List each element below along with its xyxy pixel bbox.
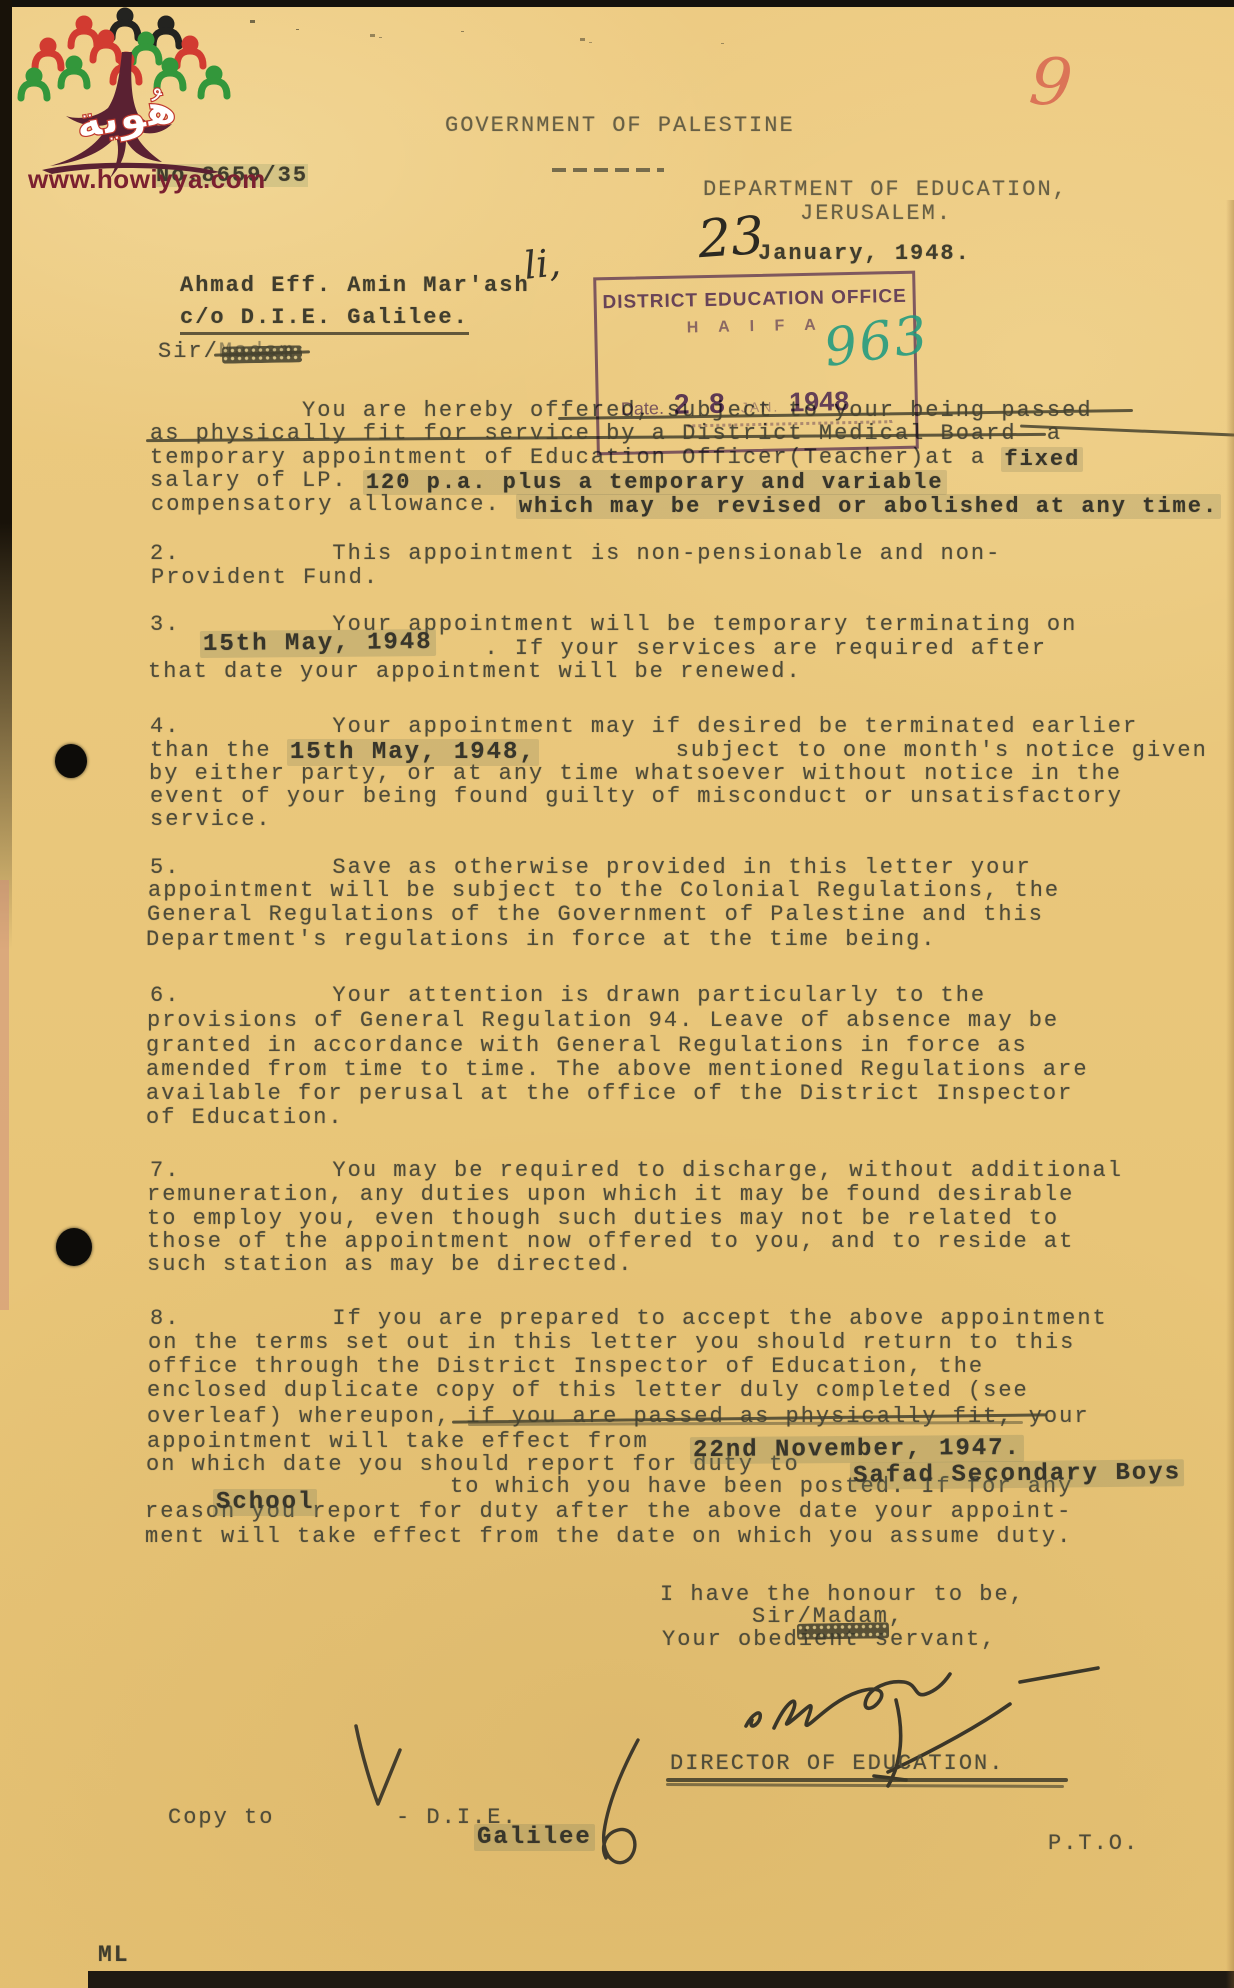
hole-punch [55, 744, 87, 778]
p6-line2: provisions of General Regulation 94. Lea… [147, 1009, 1059, 1032]
scan-edge-bottom [88, 1971, 1234, 1988]
p4-l2-text: than the [150, 738, 287, 763]
stamp-office-line: DISTRICT EDUCATION OFFICE [596, 286, 912, 315]
p4-line5: service. [150, 808, 272, 831]
howiyya-logo: هُوية [22, 0, 237, 180]
p5-line1: 5. Save as otherwise provided in this le… [150, 856, 1032, 879]
pto-note: P.T.O. [1048, 1832, 1139, 1855]
p4-line1: 4. Your appointment may if desired be te… [150, 715, 1138, 738]
p4-l2-text2: subject to one month's notice given [539, 738, 1208, 763]
stamp-date-year: 1948 [789, 386, 850, 418]
p8-school-insert-2: School [213, 1489, 317, 1516]
p8-l5-text: overleaf) whereupon, [147, 1404, 466, 1429]
p8-school-insert-1: Safad Secondary Boys [850, 1459, 1184, 1489]
p6-line3: granted in accordance with General Regul… [146, 1034, 1028, 1057]
page-number-annotation: 9 [1026, 42, 1076, 123]
p7-line2: remuneration, any duties upon which it m… [147, 1183, 1074, 1206]
stamp-date-label: Date. [621, 398, 664, 420]
closing-line1: I have the honour to be, [660, 1583, 1025, 1606]
p6-line6: of Education. [146, 1106, 344, 1129]
p6-line4: amended from time to time. The above men… [146, 1058, 1089, 1081]
p1-l4-text: salary of LP. [150, 468, 363, 493]
initials: ML [98, 1944, 130, 1967]
p8-line6: appointment will take effect from [147, 1430, 649, 1453]
p2-line1: 2. This appointment is non-pensionable a… [150, 542, 1001, 565]
howiyya-url: www.howiyya.com [28, 164, 266, 195]
p8-line1: 8. If you are prepared to accept the abo… [150, 1307, 1108, 1330]
scan-edge-left-tint [0, 880, 9, 1310]
handwritten-day: 23 [696, 206, 766, 270]
scan-edge-top [0, 0, 1234, 7]
stamp-date-row: Date. 2 8 JAN. 1948 [621, 385, 850, 422]
handwritten-loop-mark [586, 1736, 656, 1876]
scan-edge-right [1226, 200, 1234, 1988]
signatory-underline [666, 1778, 1068, 1782]
city-line: JERUSALEM. [800, 202, 952, 225]
p7-line5: such station as may be directed. [147, 1253, 633, 1276]
p5-line4: Department's regulations in force at the… [146, 928, 937, 951]
stamp-dotted-line [687, 420, 892, 427]
stamp-date-day: 2 8 [674, 388, 732, 421]
scan-edge-left [0, 0, 12, 950]
overtype-blob [797, 1622, 889, 1640]
recipient-name-handwritten-suffix: li, [522, 240, 563, 288]
p8-line2: on the terms set out in this letter you … [148, 1331, 1075, 1354]
signatory-title: DIRECTOR OF EDUCATION. [670, 1752, 1004, 1775]
p8-line4: enclosed duplicate copy of this letter d… [147, 1379, 1029, 1402]
document-page: GOVERNMENT OF PALESTINE No.8659/35 DEPAR… [0, 0, 1234, 1988]
p7-line1: 7. You may be required to discharge, wit… [150, 1159, 1123, 1182]
typed-date: January, 1948. [758, 242, 971, 265]
copy-to-location: Galilee [474, 1824, 595, 1851]
checkmark [328, 1716, 428, 1816]
department-line: DEPARTMENT OF EDUCATION, [703, 178, 1068, 201]
p4-line4: event of your being found guilty of misc… [150, 785, 1123, 808]
recipient-name: Ahmad Eff. Amin Mar'ash [180, 274, 530, 297]
p8-effect-date-insert: 22nd November, 1947. [690, 1435, 1024, 1464]
p6-line1: 6. Your attention is drawn particularly … [150, 984, 986, 1007]
p1-l3-insert: fixed [1001, 447, 1083, 472]
p1-line4: salary of LP. 120 p.a. plus a temporary … [150, 469, 947, 492]
p1-l5-insert: which may be revised or abolished at any… [516, 494, 1221, 519]
p4-line2: than the 15th May, 1948, subject to one … [150, 739, 1208, 762]
p8-line3: office through the District Inspector of… [148, 1355, 984, 1378]
recipient-address-text: c/o D.I.E. Galilee. [180, 305, 469, 335]
p7-line3: to employ you, even though such duties m… [147, 1207, 1059, 1230]
p1-line5: compensatory allowance. which may be rev… [151, 493, 1221, 516]
p1-l5-text: compensatory allowance. [151, 492, 516, 517]
p2-line2: Provident Fund. [151, 566, 379, 589]
ink-specks [250, 20, 255, 23]
title-underline-dashes [552, 168, 664, 172]
recipient-address: c/o D.I.E. Galilee. [180, 306, 469, 329]
hole-punch [56, 1228, 92, 1266]
p3-date-insert: 15th May, 1948 [200, 629, 436, 658]
stamp-date-month: JAN. [741, 399, 780, 416]
p6-line5: available for perusal at the office of t… [146, 1082, 1073, 1105]
p7-line4: those of the appointment now offered to … [147, 1230, 1074, 1253]
p5-line2: appointment will be subject to the Colon… [148, 879, 1060, 902]
p4-line3: by either party, or at any time whatsoev… [149, 762, 1122, 785]
logo-arabic-text: هُوية [71, 82, 180, 150]
p3-line3: that date your appointment will be renew… [148, 660, 802, 683]
p8-line10: ment will take effect from the date on w… [145, 1525, 1072, 1548]
salutation-prefix: Sir/ [158, 339, 219, 364]
p5-line3: General Regulations of the Government of… [147, 903, 1044, 926]
letterhead-title: GOVERNMENT OF PALESTINE [445, 114, 795, 137]
